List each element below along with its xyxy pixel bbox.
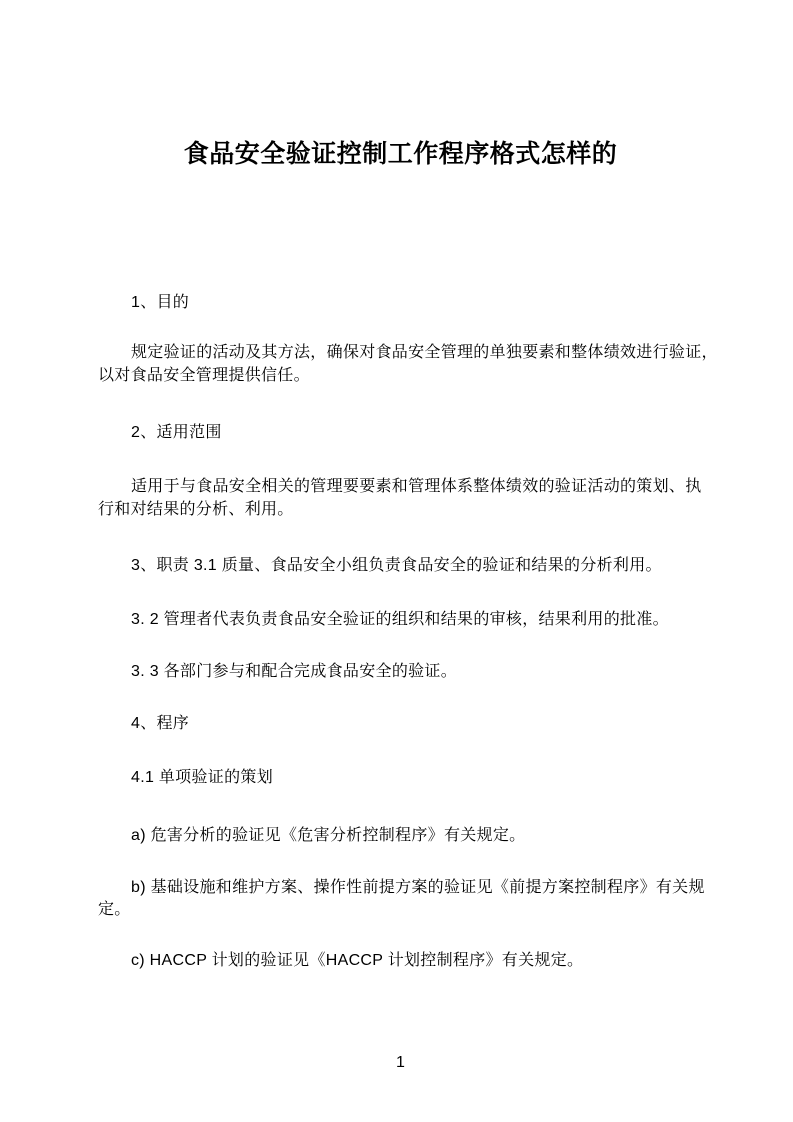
scope-text-line1: 适用于与食品安全相关的管理要要素和管理体系整体绩效的验证活动的策划、执 [131,475,702,498]
heading-procedure: 4、程序 [131,712,189,735]
procedure-item-b-line2: 定。 [98,898,131,921]
scope-text-line2: 行和对结果的分析、利用。 [98,498,294,521]
responsibility-3-3: 3. 3 各部门参与和配合完成食品安全的验证。 [131,660,457,683]
purpose-text-line2: 以对食品安全管理提供信任。 [98,364,310,387]
subheading-4-1: 4.1 单项验证的策划 [131,766,273,789]
heading-purpose: 1、目的 [131,291,189,314]
procedure-item-c: c) HACCP 计划的验证见《HACCP 计划控制程序》有关规定。 [131,949,583,972]
heading-scope: 2、适用范围 [131,421,222,444]
responsibility-3-1: 3、职责 3.1 质量、食品安全小组负责食品安全的验证和结果的分析利用。 [131,554,662,577]
responsibility-3-2: 3. 2 管理者代表负责食品安全验证的组织和结果的审核，结果利用的批准。 [131,608,669,631]
document-page: 食品安全验证控制工作程序格式怎样的 1、目的 规定验证的活动及其方法，确保对食品… [0,0,793,1122]
procedure-item-a: a) 危害分析的验证见《危害分析控制程序》有关规定。 [131,824,525,847]
page-number: 1 [98,1051,703,1074]
document-title: 食品安全验证控制工作程序格式怎样的 [98,138,703,171]
procedure-item-b-line1: b) 基础设施和维护方案、操作性前提方案的验证见《前提方案控制程序》有关规 [131,876,705,899]
purpose-text-line1: 规定验证的活动及其方法，确保对食品安全管理的单独要素和整体绩效进行验证， [131,341,718,364]
